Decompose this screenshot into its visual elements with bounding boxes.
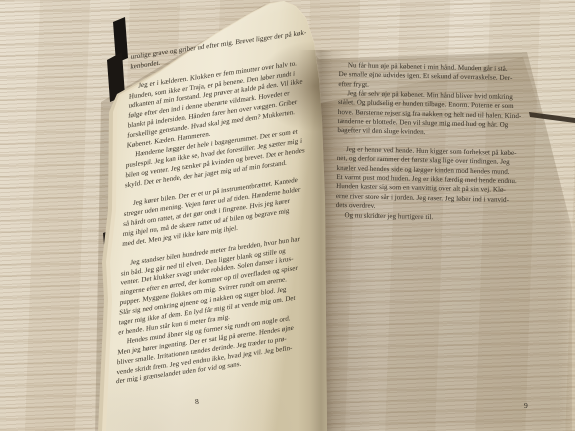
page-number-right: 9	[524, 401, 528, 410]
page-number-left: 8	[195, 397, 200, 406]
left-page-text: urolige grave og griber ud efter mig. Br…	[116, 28, 310, 388]
photo-open-book: urolige grave og griber ud efter mig. Br…	[0, 0, 575, 431]
right-page-text: Nu får hun øje på købenet i min hånd. Mu…	[335, 61, 522, 224]
